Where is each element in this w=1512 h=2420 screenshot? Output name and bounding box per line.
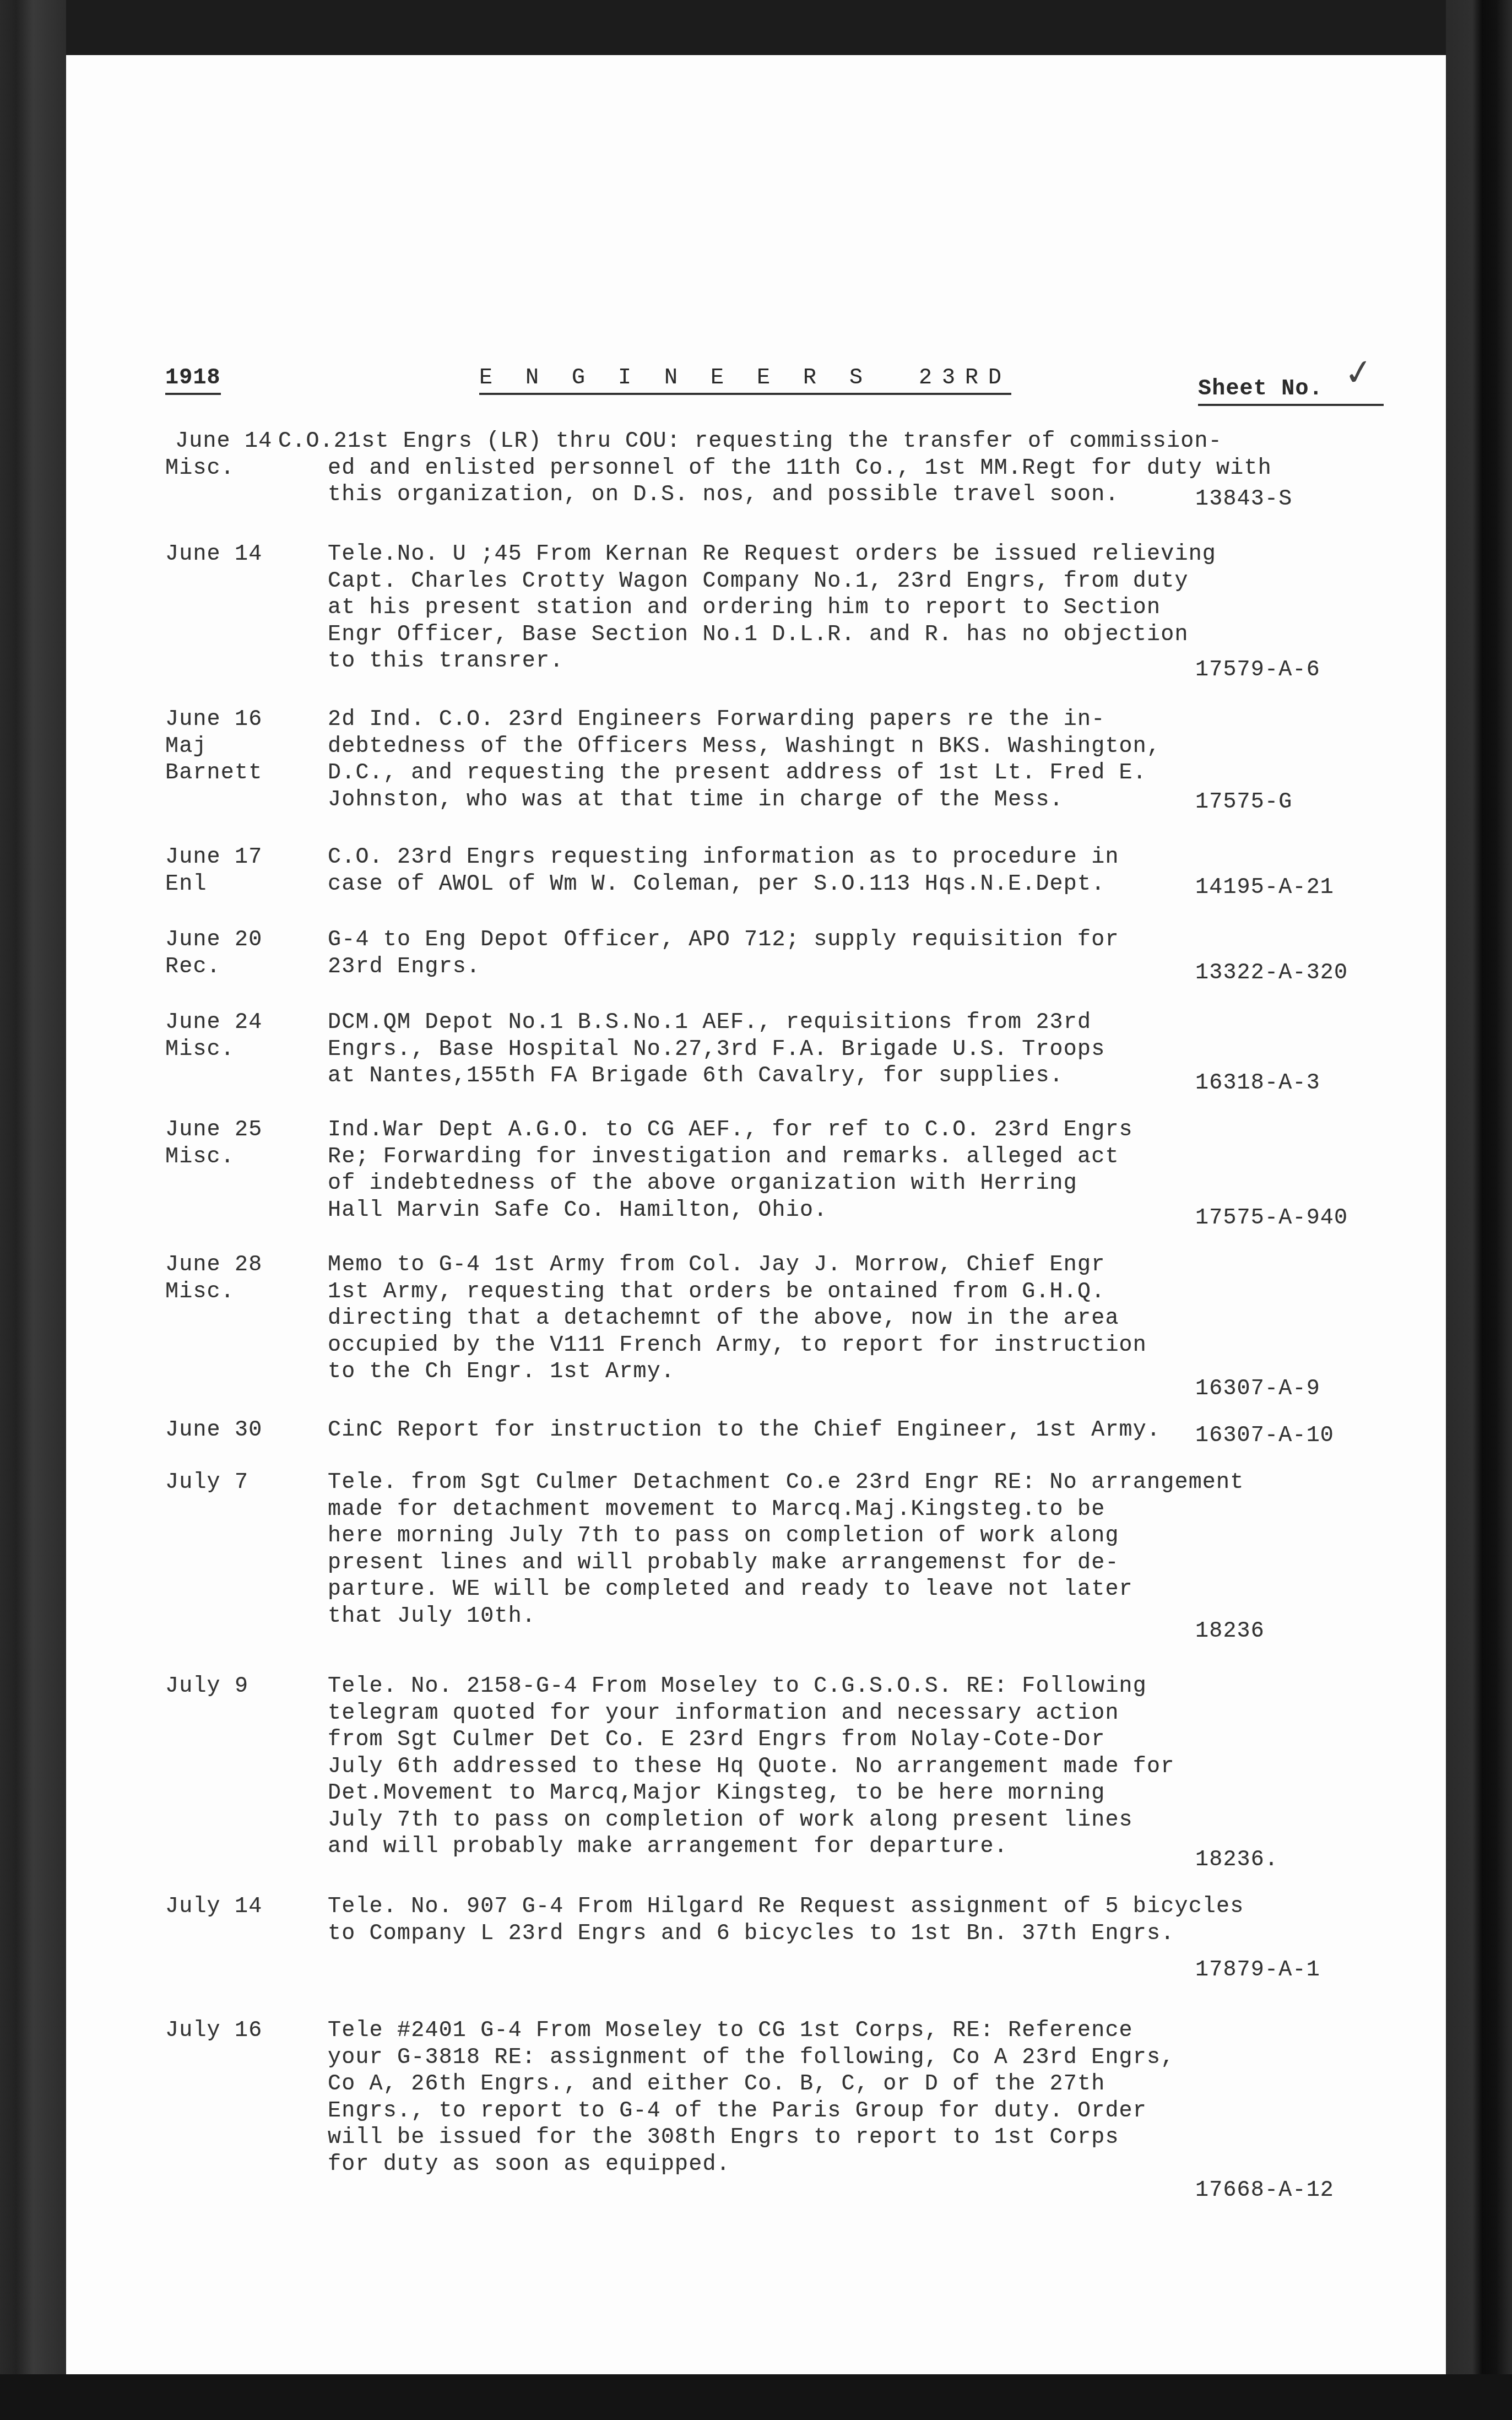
entry-text-line: Det.Movement to Marcq,Major Kingsteg, to… — [328, 1782, 1105, 1806]
entry-text-line: DCM.QM Depot No.1 B.S.No.1 AEF., requisi… — [328, 1011, 1091, 1035]
entry-text-line: your G-3818 RE: assignment of the follow… — [328, 2046, 1174, 2070]
entry-date: June 17 — [165, 846, 262, 870]
entry-date: July 16 — [165, 2019, 262, 2043]
entry-date: July 7 — [165, 1471, 248, 1495]
entry-text-line: Tele. No. 2158-G-4 From Moseley to C.G.S… — [328, 1675, 1147, 1699]
entry-text-line: 2d Ind. C.O. 23rd Engineers Forwarding p… — [328, 708, 1105, 732]
entry-text-line: Memo to G-4 1st Army from Col. Jay J. Mo… — [328, 1253, 1105, 1277]
entry-text-line: to Company L 23rd Engrs and 6 bicycles t… — [328, 1922, 1174, 1946]
entry-text-line: Tele #2401 G-4 From Moseley to CG 1st Co… — [328, 2019, 1133, 2043]
entry-text-line: that July 10th. — [328, 1605, 536, 1629]
entry-date: June 24 — [165, 1011, 262, 1035]
entry-text-line: for duty as soon as equipped. — [328, 2153, 730, 2177]
entry-date: July 14 — [165, 1895, 262, 1919]
entry-text-line: from Sgt Culmer Det Co. E 23rd Engrs fro… — [328, 1728, 1105, 1752]
entry-text-line: 23rd Engrs. — [328, 955, 480, 979]
entry-category: Misc. — [165, 457, 235, 481]
check-mark-icon: ✓ — [1341, 351, 1376, 396]
entry-reference-number: 17575-G — [1195, 791, 1292, 815]
film-border-top — [0, 0, 1512, 55]
entry-text-line: to the Ch Engr. 1st Army. — [328, 1360, 675, 1384]
entry-text-line: telegram quoted for your information and… — [328, 1702, 1119, 1726]
entry-text-line: C.O. 23rd Engrs requesting information a… — [328, 846, 1119, 870]
entry-date: June 14 — [165, 543, 262, 567]
entry-text-line: July 6th addressed to these Hq Quote. No… — [328, 1755, 1174, 1779]
entry-reference-number: 13322-A-320 — [1195, 961, 1348, 986]
entry-text-line: CinC Report for instruction to the Chief… — [328, 1419, 1161, 1443]
entry-text-line: Tele.No. U ;45 From Kernan Re Request or… — [328, 543, 1216, 567]
entry-text-line: D.C., and requesting the present address… — [328, 761, 1147, 786]
entry-text-line: and will probably make arrangement for d… — [328, 1835, 1008, 1859]
entry-text-line: occupied by the V111 French Army, to rep… — [328, 1334, 1147, 1358]
document-title: E N G I N E E R S 23RD — [479, 366, 1011, 395]
entry-reference-number: 17575-A-940 — [1195, 1206, 1348, 1231]
entry-text-line: at Nantes,155th FA Brigade 6th Cavalry, … — [328, 1064, 1064, 1089]
film-border-left — [0, 0, 66, 2420]
entry-text-line: this organization, on D.S. nos, and poss… — [328, 483, 1119, 507]
entry-reference-number: 18236 — [1195, 1620, 1265, 1644]
entry-date: June 16 — [165, 708, 262, 732]
entry-text-line: Engrs., Base Hospital No.27,3rd F.A. Bri… — [328, 1038, 1105, 1062]
entry-date: June 20 — [165, 928, 262, 952]
entry-date: June 14 — [175, 430, 272, 454]
entry-reference-number: 14195-A-21 — [1195, 876, 1334, 900]
entry-category: Barnett — [165, 761, 262, 786]
entry-text-line: Re; Forwarding for investigation and rem… — [328, 1145, 1119, 1170]
entry-reference-number: 16318-A-3 — [1195, 1071, 1320, 1096]
entry-text-line: case of AWOL of Wm W. Coleman, per S.O.1… — [328, 873, 1105, 897]
entry-date: June 30 — [165, 1419, 262, 1443]
entry-date: July 9 — [165, 1675, 248, 1699]
film-border-right — [1446, 0, 1512, 2420]
entry-text-line: Tele. from Sgt Culmer Detachment Co.e 23… — [328, 1471, 1244, 1495]
entry-text-line: C.O.21st Engrs (LR) thru COU: requesting… — [278, 430, 1222, 454]
entry-category: Misc. — [165, 1038, 235, 1062]
entry-text-line: will be issued for the 308th Engrs to re… — [328, 2126, 1119, 2150]
entry-text-line: July 7th to pass on completion of work a… — [328, 1809, 1133, 1833]
entry-date: June 28 — [165, 1253, 262, 1277]
entry-text-line: 1st Army, requesting that orders be onta… — [328, 1280, 1105, 1304]
entry-text-line: at his present station and ordering him … — [328, 596, 1161, 620]
entry-reference-number: 16307-A-9 — [1195, 1377, 1320, 1401]
entry-reference-number: 17579-A-6 — [1195, 658, 1320, 683]
entry-text-line: present lines and will probably make arr… — [328, 1551, 1119, 1576]
entry-text-line: Johnston, who was at that time in charge… — [328, 788, 1064, 813]
entry-text-line: Tele. No. 907 G-4 From Hilgard Re Reques… — [328, 1895, 1244, 1919]
entry-reference-number: 17668-A-12 — [1195, 2179, 1334, 2203]
entry-reference-number: 16307-A-10 — [1195, 1424, 1334, 1448]
entry-text-line: here morning July 7th to pass on complet… — [328, 1524, 1119, 1549]
entry-text-line: Capt. Charles Crotty Wagon Company No.1,… — [328, 570, 1189, 594]
entry-text-line: parture. WE will be completed and ready … — [328, 1578, 1133, 1602]
entry-text-line: ed and enlisted personnel of the 11th Co… — [328, 457, 1272, 481]
entry-text-line: Hall Marvin Safe Co. Hamilton, Ohio. — [328, 1199, 827, 1223]
entry-text-line: G-4 to Eng Depot Officer, APO 712; suppl… — [328, 928, 1119, 952]
entry-category: Rec. — [165, 955, 221, 979]
entry-category: Enl — [165, 873, 207, 897]
entry-category: Misc. — [165, 1145, 235, 1170]
document-year: 1918 — [165, 366, 221, 395]
entry-text-line: Engr Officer, Base Section No.1 D.L.R. a… — [328, 623, 1189, 647]
entry-category: Misc. — [165, 1280, 235, 1304]
entry-text-line: to this transrer. — [328, 649, 563, 674]
entry-category: Maj — [165, 735, 207, 759]
entry-reference-number: 17879-A-1 — [1195, 1958, 1320, 1983]
entry-text-line: Ind.War Dept A.G.O. to CG AEF., for ref … — [328, 1118, 1133, 1143]
film-border-bottom — [0, 2374, 1512, 2420]
entry-text-line: made for detachment movement to Marcq.Ma… — [328, 1498, 1105, 1522]
entry-text-line: Co A, 26th Engrs., and either Co. B, C, … — [328, 2072, 1105, 2097]
entry-date: June 25 — [165, 1118, 262, 1143]
entry-text-line: Engrs., to report to G-4 of the Paris Gr… — [328, 2099, 1147, 2124]
entry-text-line: debtedness of the Officers Mess, Washing… — [328, 735, 1161, 759]
entry-text-line: directing that a detachemnt of the above… — [328, 1307, 1119, 1331]
entry-reference-number: 18236. — [1195, 1848, 1278, 1872]
entry-reference-number: 13843-S — [1195, 488, 1292, 512]
entry-text-line: of indebtedness of the above organizatio… — [328, 1172, 1077, 1196]
